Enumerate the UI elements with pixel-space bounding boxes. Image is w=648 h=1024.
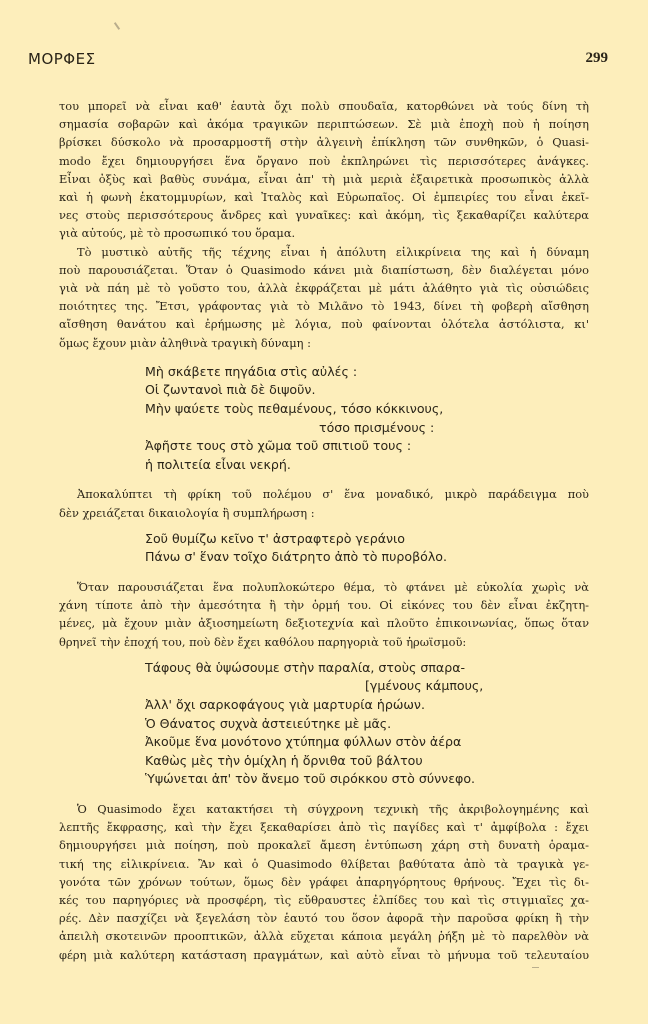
text-line: χάνη τίποτε ἀπὸ τὴν ἀμεσότητα ἢ τὴν ὁρμή… — [59, 596, 589, 614]
text-line: Ἀποκαλύπτει τὴ φρίκη τοῦ πολέμου σ' ἕνα … — [59, 485, 589, 503]
text-line: γιὰ νὰ πάη μὲ τὸ γοῦστο του, ἀλλὰ ἐκφράζ… — [59, 279, 589, 297]
verse-line: Ὁ Θάνατος συχνὰ ἀστειεύτηκε μὲ μᾶς. — [145, 715, 589, 734]
verse-line: Καθὼς μὲς τὴν ὁμίχλη ἡ ὄρνιθα τοῦ βάλτου — [145, 752, 589, 771]
text-line: ἀπειλὴ σκοτεινῶν προοπτικῶν, ἀλλὰ εὔχετα… — [59, 927, 589, 945]
paragraph-5: Ὁ Quasimodo ἔχει κατακτήσει τὴ σύγχρονη … — [59, 800, 589, 964]
verse-line: ἡ πολιτεία εἶναι νεκρή. — [145, 456, 589, 475]
text-line: τική της εἰλικρίνεια. Ἂν καὶ ὁ Quasimodo… — [59, 855, 589, 873]
text-line: γιὰ αὐτούς, μὲ τὸ προσωπικό του ὅραμα. — [59, 224, 589, 242]
text-line: ρές. Δὲν πασχίζει νὰ ξεγελάση τὸν ἑαυτό … — [59, 909, 589, 927]
verse-line: Οἱ ζωντανοὶ πιὰ δὲ διψοῦν. — [145, 381, 589, 400]
poem-excerpt-2: Σοῦ θυμίζω κεῖνο τ' ἀστραφτερὸ γεράνιο Π… — [59, 530, 589, 567]
text-line: γονότα τῶν χρόνων τούτων, ὅμως δὲν γράφε… — [59, 873, 589, 891]
text-line: δημιουργήσει μιὰ ποίηση, ποὺ προκαλεῖ ἄμ… — [59, 836, 589, 854]
text-line: νες στοὺς περισσότερους ἄνδρες καὶ γυναῖ… — [59, 206, 589, 224]
verse-line: τόσο πρισμένους : — [145, 419, 589, 438]
text-line: κές του παρηγόριες νὰ προσφέρη, τὶς εὔθρ… — [59, 891, 589, 909]
text-line: μένες, μὰ ἔχουν μιὰν ἀξιοσημείωτη δεξιοτ… — [59, 614, 589, 632]
verse-line: Ἀλλ' ὄχι σαρκοφάγους γιὰ μαρτυρία ἡρώων. — [145, 696, 589, 715]
text-line: ὅμως ἔχουν μιὰν ἀληθινὰ τραγικὴ δύναμη : — [59, 334, 589, 352]
paragraph-1: του μπορεῖ νὰ εἶναι καθ' ἑαυτὰ ὄχι πολὺ … — [59, 97, 589, 243]
text-line: λεπτῆς ἔκφρασης, καὶ τὴν ἔχει ξεκαθαρίσε… — [59, 818, 589, 836]
verse-line: Ἀκοῦμε ἕνα μονότονο χτύπημα φύλλων στὸν … — [145, 733, 589, 752]
poem-excerpt-1: Μὴ σκάβετε πηγάδια στὶς αὐλές : Οἱ ζωντα… — [59, 363, 589, 475]
verse-line: Ἀφῆστε τους στὸ χῶμα τοῦ σπιτιοῦ τους : — [145, 437, 589, 456]
text-line: βρίσκει δύσκολο νὰ προσαρμοστῆ στὴν ἀλγε… — [59, 133, 589, 151]
poem-excerpt-3: Τάφους θὰ ὑψώσουμε στὴν παραλία, στοὺς σ… — [59, 659, 589, 789]
text-line: θρηνεῖ τὴν ἐποχή του, ποὺ δὲν ἔχει καθόλ… — [59, 633, 589, 651]
verse-line: Τάφους θὰ ὑψώσουμε στὴν παραλία, στοὺς σ… — [145, 659, 589, 678]
text-line: Ὅταν παρουσιάζεται ἕνα πολυπλοκώτερο θέμ… — [59, 578, 589, 596]
paper-speck — [114, 22, 120, 30]
verse-line: Σοῦ θυμίζω κεῖνο τ' ἀστραφτερὸ γεράνιο — [145, 530, 589, 549]
text-line: σημασία σοβαρῶν καὶ ἀκόμα τραγικῶν περιπ… — [59, 115, 589, 133]
text-line: ποιότητες της. Ἔτσι, γράφοντας γιὰ τὸ Μι… — [59, 297, 589, 315]
text-line: αἴσθηση θανάτου καὶ ἐρήμωσης μὲ λόγια, π… — [59, 315, 589, 333]
text-line: καὶ ἡ φωνὴ ἑκατομμυρίων, καὶ Ἰταλὸς καὶ … — [59, 188, 589, 206]
verse-line: Ὑψώνεται ἀπ' τὸν ἄνεμο τοῦ σιρόκκου στὸ … — [145, 770, 589, 789]
text-line: φέρη μιὰ καλύτερη κατάσταση πραγμάτων, κ… — [59, 946, 589, 964]
paragraph-4: Ὅταν παρουσιάζεται ἕνα πολυπλοκώτερο θέμ… — [59, 578, 589, 651]
paper-speck — [532, 967, 539, 968]
paragraph-3: Ἀποκαλύπτει τὴ φρίκη τοῦ πολέμου σ' ἕνα … — [59, 485, 589, 521]
text-line: δὲν χρειάζεται δικαιολογία ἢ συμπλήρωση … — [59, 504, 589, 522]
verse-line: Μὴν ψαύετε τοὺς πεθαμένους, τόσο κόκκινο… — [145, 400, 589, 419]
running-head: ΜΟΡΦΕΣ 299 — [28, 50, 620, 70]
text-line: modo ἔχει δημιουργήσει ἕνα ὄργανο ποὺ ἐκ… — [59, 152, 589, 170]
text-line: Εἶναι ὀξὺς καὶ βαθὺς συνάμα, εἶναι ἀπ' τ… — [59, 170, 589, 188]
text-line: του μπορεῖ νὰ εἶναι καθ' ἑαυτὰ ὄχι πολὺ … — [59, 97, 589, 115]
text-line: Τὸ μυστικὸ αὐτῆς τῆς τέχνης εἶναι ἡ ἀπόλ… — [59, 243, 589, 261]
body-text: του μπορεῖ νὰ εἶναι καθ' ἑαυτὰ ὄχι πολὺ … — [59, 97, 589, 964]
running-title: ΜΟΡΦΕΣ — [28, 50, 96, 68]
text-line: Ὁ Quasimodo ἔχει κατακτήσει τὴ σύγχρονη … — [59, 800, 589, 818]
page-number: 299 — [586, 50, 609, 67]
book-page: ΜΟΡΦΕΣ 299 του μπορεῖ νὰ εἶναι καθ' ἑαυτ… — [0, 0, 648, 1024]
verse-line: [γμένους κάμπους, — [145, 677, 589, 696]
text-line: ποὺ παρουσιάζεται. Ὅταν ὁ Quasimodo κάνε… — [59, 261, 589, 279]
verse-line: Μὴ σκάβετε πηγάδια στὶς αὐλές : — [145, 363, 589, 382]
paragraph-2: Τὸ μυστικὸ αὐτῆς τῆς τέχνης εἶναι ἡ ἀπόλ… — [59, 243, 589, 352]
verse-line: Πάνω σ' ἕναν τοῖχο διάτρητο ἀπὸ τὸ πυροβ… — [145, 548, 589, 567]
